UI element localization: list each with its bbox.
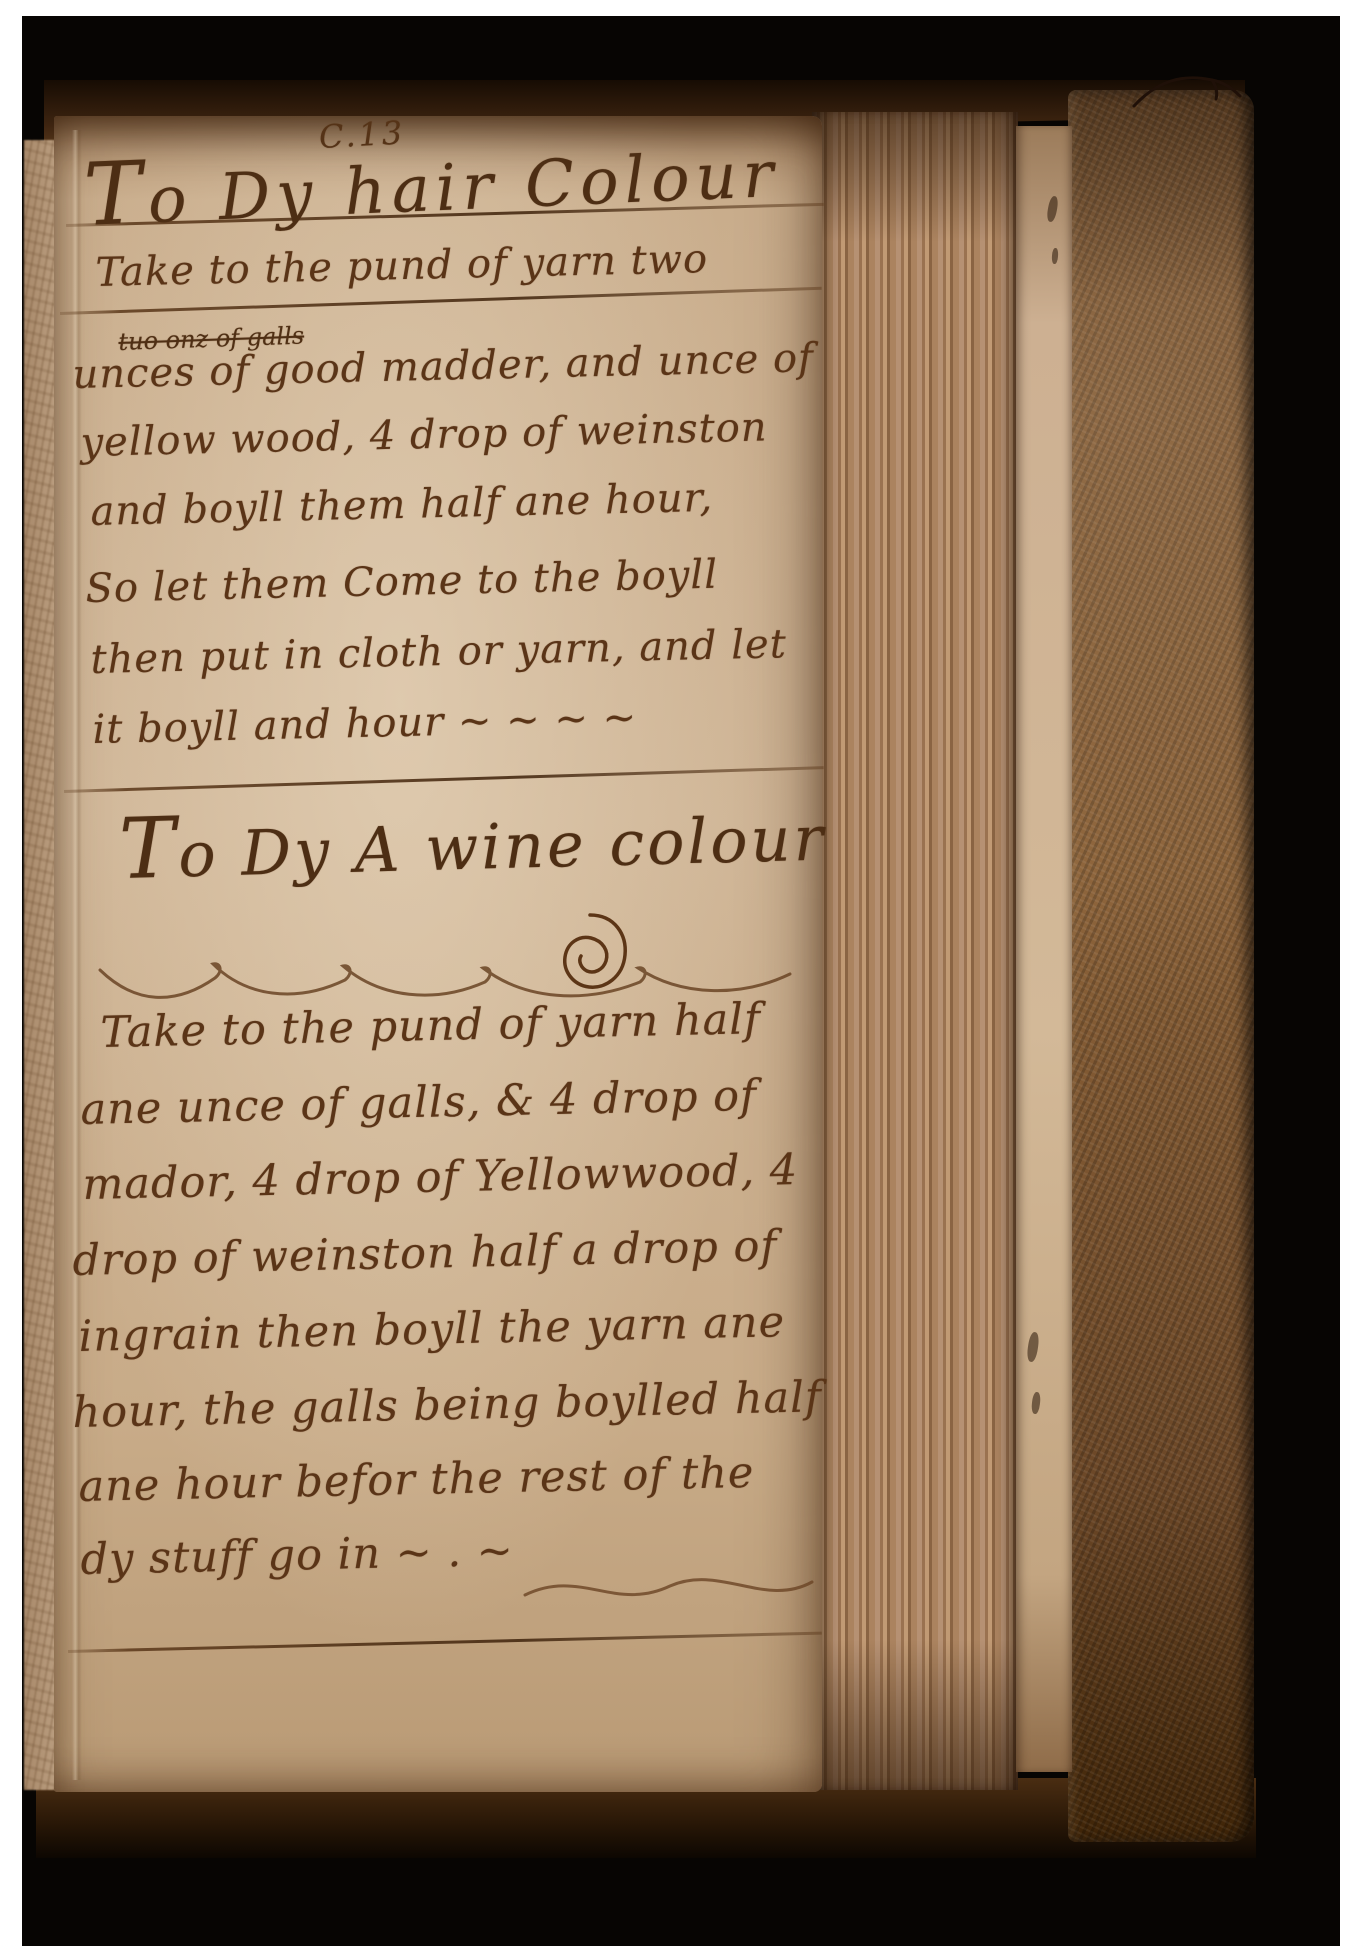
page-edges <box>812 112 1018 1790</box>
recipe-line: dy stuff go in ~ . ~ <box>80 1526 514 1585</box>
corner-pen-mark-icon <box>1128 66 1248 116</box>
leather-cover <box>1068 90 1254 1842</box>
recipe-title: To Dy A wine colour <box>118 781 827 897</box>
endpaper-strip <box>1016 126 1072 1772</box>
line-end-flourish-icon <box>520 1570 820 1615</box>
